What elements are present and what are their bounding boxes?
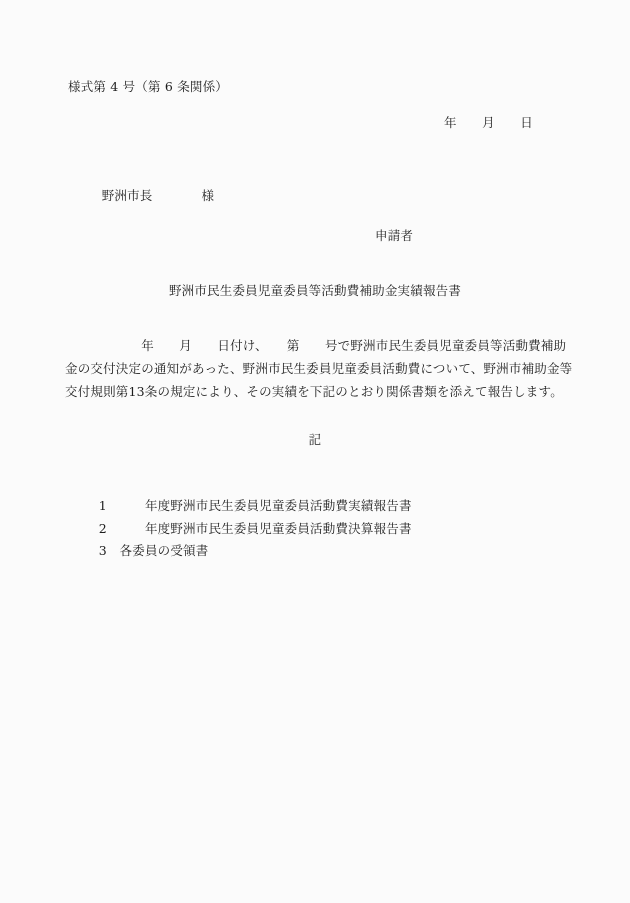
body-paragraph-line-3: 交付規則第13条の規定により、その実績を下記のとおり関係書類を添えて報告します。 bbox=[65, 384, 563, 400]
document-title: 野洲市民生委員児童委員等活動費補助金実績報告書 bbox=[0, 283, 630, 299]
addressee-line: 野洲市長様 bbox=[85, 172, 214, 220]
attachment-item: 3 各委員の受領書 bbox=[82, 527, 208, 575]
attachment-number: 3 bbox=[99, 543, 107, 558]
attachment-label: 各委員の受領書 bbox=[107, 543, 209, 558]
addressee-honorific: 様 bbox=[202, 188, 215, 203]
addressee-name: 野洲市長 bbox=[102, 188, 153, 203]
document-page: 様式第 4 号（第 6 条関係） 年 月 日 野洲市長様 申請者 野洲市民生委員… bbox=[0, 0, 630, 903]
record-heading: 記 bbox=[0, 432, 630, 448]
form-number: 様式第 4 号（第 6 条関係） bbox=[68, 79, 228, 95]
date-blank-line: 年 月 日 bbox=[444, 115, 533, 131]
body-paragraph-line-2: 金の交付決定の通知があった、野洲市民生委員児童委員活動費について、野洲市補助金等 bbox=[65, 361, 572, 377]
body-paragraph-line-1: 年 月 日付け、 第 号で野洲市民生委員児童委員等活動費補助 bbox=[65, 338, 566, 354]
applicant-label: 申請者 bbox=[375, 228, 413, 244]
